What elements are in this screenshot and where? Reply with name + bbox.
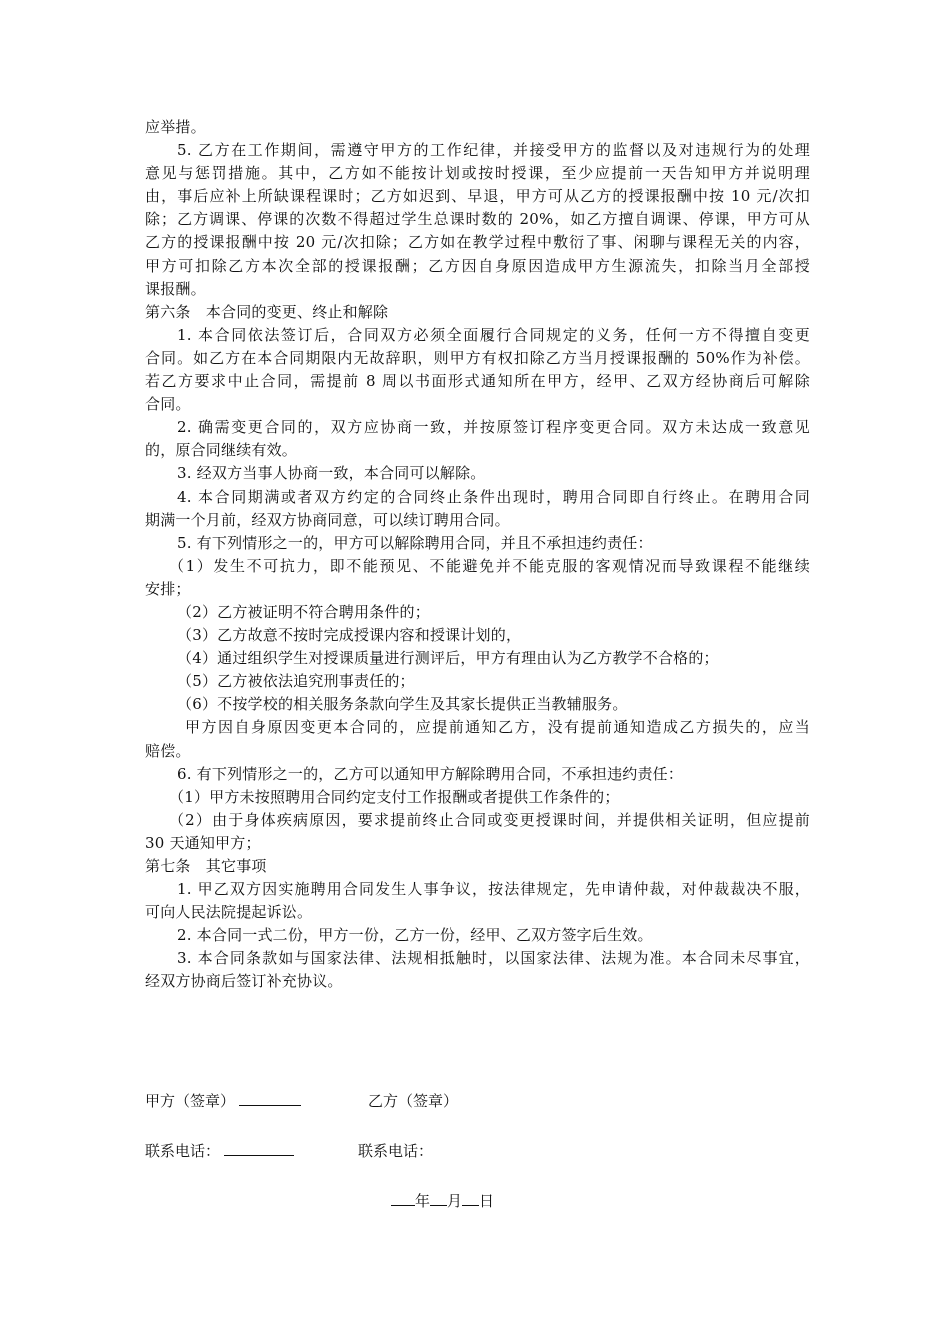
text-line: 4. 本合同期满或者双方约定的合同终止条件出现时，聘用合同即自行终止。在聘用合同 [145,486,810,509]
text-line: 2. 确需变更合同的，双方应协商一致，并按原签订程序变更合同。双方未达成一致意见 [145,416,810,439]
phone-a-label: 联系电话： [145,1142,220,1160]
text-line: 第六条 本合同的变更、终止和解除 [145,301,810,324]
text-line: 第七条 其它事项 [145,855,810,878]
text-line: 3. 经双方当事人协商一致，本合同可以解除。 [145,462,810,485]
text-line: 应举措。 [145,116,810,139]
day-blank[interactable] [462,1191,479,1206]
text-line: 甲方可扣除乙方本次全部的授课报酬；乙方因自身原因造成甲方生源流失，扣除当月全部授 [145,255,810,278]
phone-a-line[interactable] [224,1141,294,1156]
party-b-phone: 联系电话： [358,1140,433,1161]
contract-body: 应举措。5. 乙方在工作期间，需遵守甲方的工作纪律，并接受甲方的监督以及对违规行… [145,116,810,994]
text-line: 除；乙方调课、停课的次数不得超过学生总课时数的 20%，如乙方擅自调课、停课，甲… [145,208,810,231]
party-a-phone: 联系电话： [145,1140,294,1161]
text-line: 30 天通知甲方； [145,832,810,855]
text-line: （6）不按学校的相关服务条款向学生及其家长提供正当教辅服务。 [145,693,810,716]
text-line: 意见与惩罚措施。其中，乙方如不能按计划或按时授课，至少应提前一天告知甲方并说明理 [145,162,810,185]
text-line: 6. 有下列情形之一的，乙方可以通知甲方解除聘用合同，不承担违约责任： [145,763,810,786]
party-b-signature: 乙方（签章） [368,1090,458,1111]
party-a-signature-line[interactable] [239,1091,301,1106]
text-line: 由，事后应补上所缺课程课时；乙方如迟到、早退，甲方可从乙方的授课报酬中按 10 … [145,185,810,208]
text-line: 1. 甲乙双方因实施聘用合同发生人事争议，按法律规定，先申请仲裁，对仲裁裁决不服… [145,878,810,901]
text-line: 课报酬。 [145,278,810,301]
text-line: 经双方协商后签订补充协议。 [145,970,810,993]
text-line: 5. 有下列情形之一的，甲方可以解除聘用合同，并且不承担违约责任： [145,532,810,555]
text-line: 赔偿。 [145,740,810,763]
text-line: 合同。 [145,393,810,416]
text-line: 3. 本合同条款如与国家法律、法规相抵触时，以国家法律、法规为准。本合同未尽事宜… [145,947,810,970]
text-line: 安排； [145,578,810,601]
text-line: 合同。如乙方在本合同期限内无故辞职，则甲方有权扣除乙方当月授课报酬的 50%作为… [145,347,810,370]
text-line: 甲方因自身原因变更本合同的，应提前通知乙方，没有提前通知造成乙方损失的，应当 [145,716,810,739]
text-line: （5）乙方被依法追究刑事责任的； [145,670,810,693]
month-blank[interactable] [430,1191,447,1206]
party-a-label: 甲方（签章） [145,1092,235,1110]
text-line: （1）发生不可抗力，即不能预见、不能避免并不能克服的客观情况而导致课程不能继续 [145,555,810,578]
text-line: （2）乙方被证明不符合聘用条件的； [145,601,810,624]
text-line: 2. 本合同一式二份，甲方一份，乙方一份，经甲、乙双方签字后生效。 [145,924,810,947]
party-a-signature: 甲方（签章） [145,1090,301,1111]
text-line: （1）甲方未按照聘用合同约定支付工作报酬或者提供工作条件的； [145,786,810,809]
year-blank[interactable] [391,1191,415,1206]
text-line: 1. 本合同依法签订后，合同双方必须全面履行合同规定的义务，任何一方不得擅自变更 [145,324,810,347]
text-line: 期满一个月前，经双方协商同意，可以续订聘用合同。 [145,509,810,532]
text-line: 乙方的授课报酬中按 20 元/次扣除；乙方如在教学过程中敷衍了事、闲聊与课程无关… [145,231,810,254]
month-label: 月 [447,1192,462,1210]
party-b-label: 乙方（签章） [368,1092,458,1110]
text-line: 的，原合同继续有效。 [145,439,810,462]
year-label: 年 [415,1192,430,1210]
text-line: （2）由于身体疾病原因，要求提前终止合同或变更授课时间，并提供相关证明，但应提前 [145,809,810,832]
text-line: （3）乙方故意不按时完成授课内容和授课计划的， [145,624,810,647]
text-line: 5. 乙方在工作期间，需遵守甲方的工作纪律，并接受甲方的监督以及对违规行为的处理 [145,139,810,162]
text-line: 若乙方要求中止合同，需提前 8 周以书面形式通知所在甲方，经甲、乙双方经协商后可… [145,370,810,393]
signing-date: 年月日 [391,1190,494,1211]
phone-b-label: 联系电话： [358,1142,433,1160]
text-line: 可向人民法院提起诉讼。 [145,901,810,924]
day-label: 日 [479,1192,494,1210]
text-line: （4）通过组织学生对授课质量进行测评后，甲方有理由认为乙方教学不合格的； [145,647,810,670]
